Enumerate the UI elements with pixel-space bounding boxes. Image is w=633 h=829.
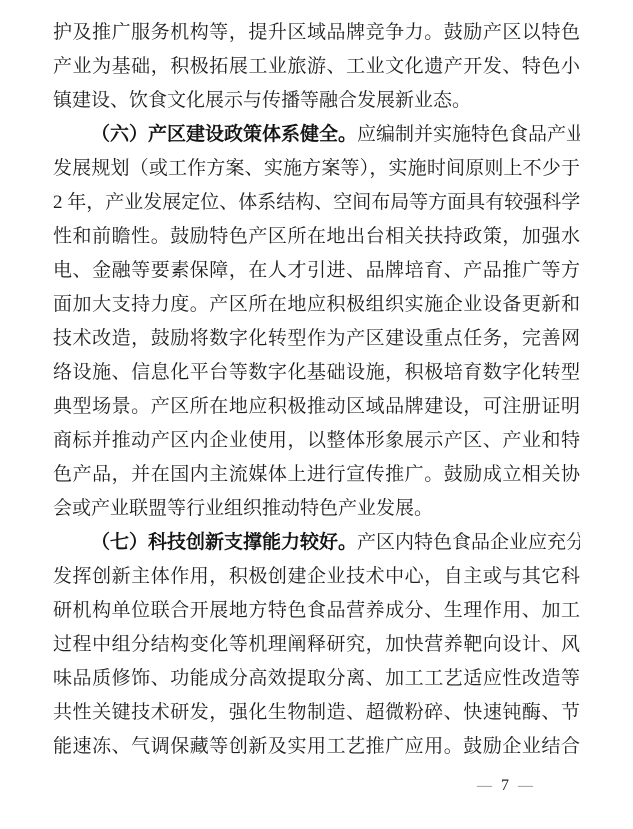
text-line: 性和前瞻性。鼓励特色产区所在地出台相关扶持政策，加强水 [53,220,580,254]
page-footer: — 7 — [445,774,565,798]
text-line: 发展规划（或工作方案、实施方案等），实施时间原则上不少于 [53,152,580,186]
text-line: 会或产业联盟等行业组织推动特色产业发展。 [53,492,580,526]
paragraph-section-6: （六）产区建设政策体系健全。应编制并实施特色食品产业 发展规划（或工作方案、实施… [53,118,580,526]
text-line: 过程中组分结构变化等机理阐释研究，加快营养靶向设计、风 [53,628,580,662]
text-line: 2 年，产业发展定位、体系结构、空间布局等方面具有较强科学 [53,186,580,220]
text-line: 电、金融等要素保障，在人才引进、品牌培育、产品推广等方 [53,254,580,288]
page-number-dash-right: — [518,774,533,798]
text-line: 面加大支持力度。产区所在地应积极组织实施企业设备更新和 [53,288,580,322]
text-line: 研机构单位联合开展地方特色食品营养成分、生理作用、加工 [53,594,580,628]
text-line: 色产品，并在国内主流媒体上进行宣传推广。鼓励成立相关协 [53,458,580,492]
text-line: 发挥创新主体作用，积极创建企业技术中心，自主或与其它科 [53,560,580,594]
text-line: 典型场景。产区所在地应积极推动区域品牌建设，可注册证明 [53,390,580,424]
text-line: 味品质修饰、功能成分高效提取分离、加工工艺适应性改造等 [53,662,580,696]
text-line: （七）科技创新支撑能力较好。产区内特色食品企业应充分 [53,526,580,560]
text-line: 商标并推动产区内企业使用，以整体形象展示产区、产业和特 [53,424,580,458]
text-line: 镇建设、饮食文化展示与传播等融合发展新业态。 [53,84,580,118]
text-line: 技术改造，鼓励将数字化转型作为产区建设重点任务，完善网 [53,322,580,356]
page-number: 7 [501,774,509,798]
text-line: 络设施、信息化平台等数字化基础设施，积极培育数字化转型 [53,356,580,390]
section-heading-rest: 产区内特色食品企业应充分 [357,532,580,553]
document-body: 护及推广服务机构等，提升区域品牌竞争力。鼓励产区以特色 产业为基础，积极拓展工业… [53,16,580,764]
text-line: （六）产区建设政策体系健全。应编制并实施特色食品产业 [53,118,580,152]
section-heading: （六）产区建设政策体系健全。 [91,124,357,145]
text-line: 护及推广服务机构等，提升区域品牌竞争力。鼓励产区以特色 [53,16,580,50]
document-page: 护及推广服务机构等，提升区域品牌竞争力。鼓励产区以特色 产业为基础，积极拓展工业… [0,0,633,829]
text-line: 共性关键技术研发，强化生物制造、超微粉碎、快速钝酶、节 [53,696,580,730]
paragraph-section-7: （七）科技创新支撑能力较好。产区内特色食品企业应充分 发挥创新主体作用，积极创建… [53,526,580,764]
section-heading-rest: 应编制并实施特色食品产业 [357,124,580,145]
text-line: 产业为基础，积极拓展工业旅游、工业文化遗产开发、特色小 [53,50,580,84]
page-number-dash-left: — [477,774,492,798]
paragraph-continuation: 护及推广服务机构等，提升区域品牌竞争力。鼓励产区以特色 产业为基础，积极拓展工业… [53,16,580,118]
text-line: 能速冻、气调保藏等创新及实用工艺推广应用。鼓励企业结合 [53,730,580,764]
section-heading: （七）科技创新支撑能力较好。 [91,532,357,553]
